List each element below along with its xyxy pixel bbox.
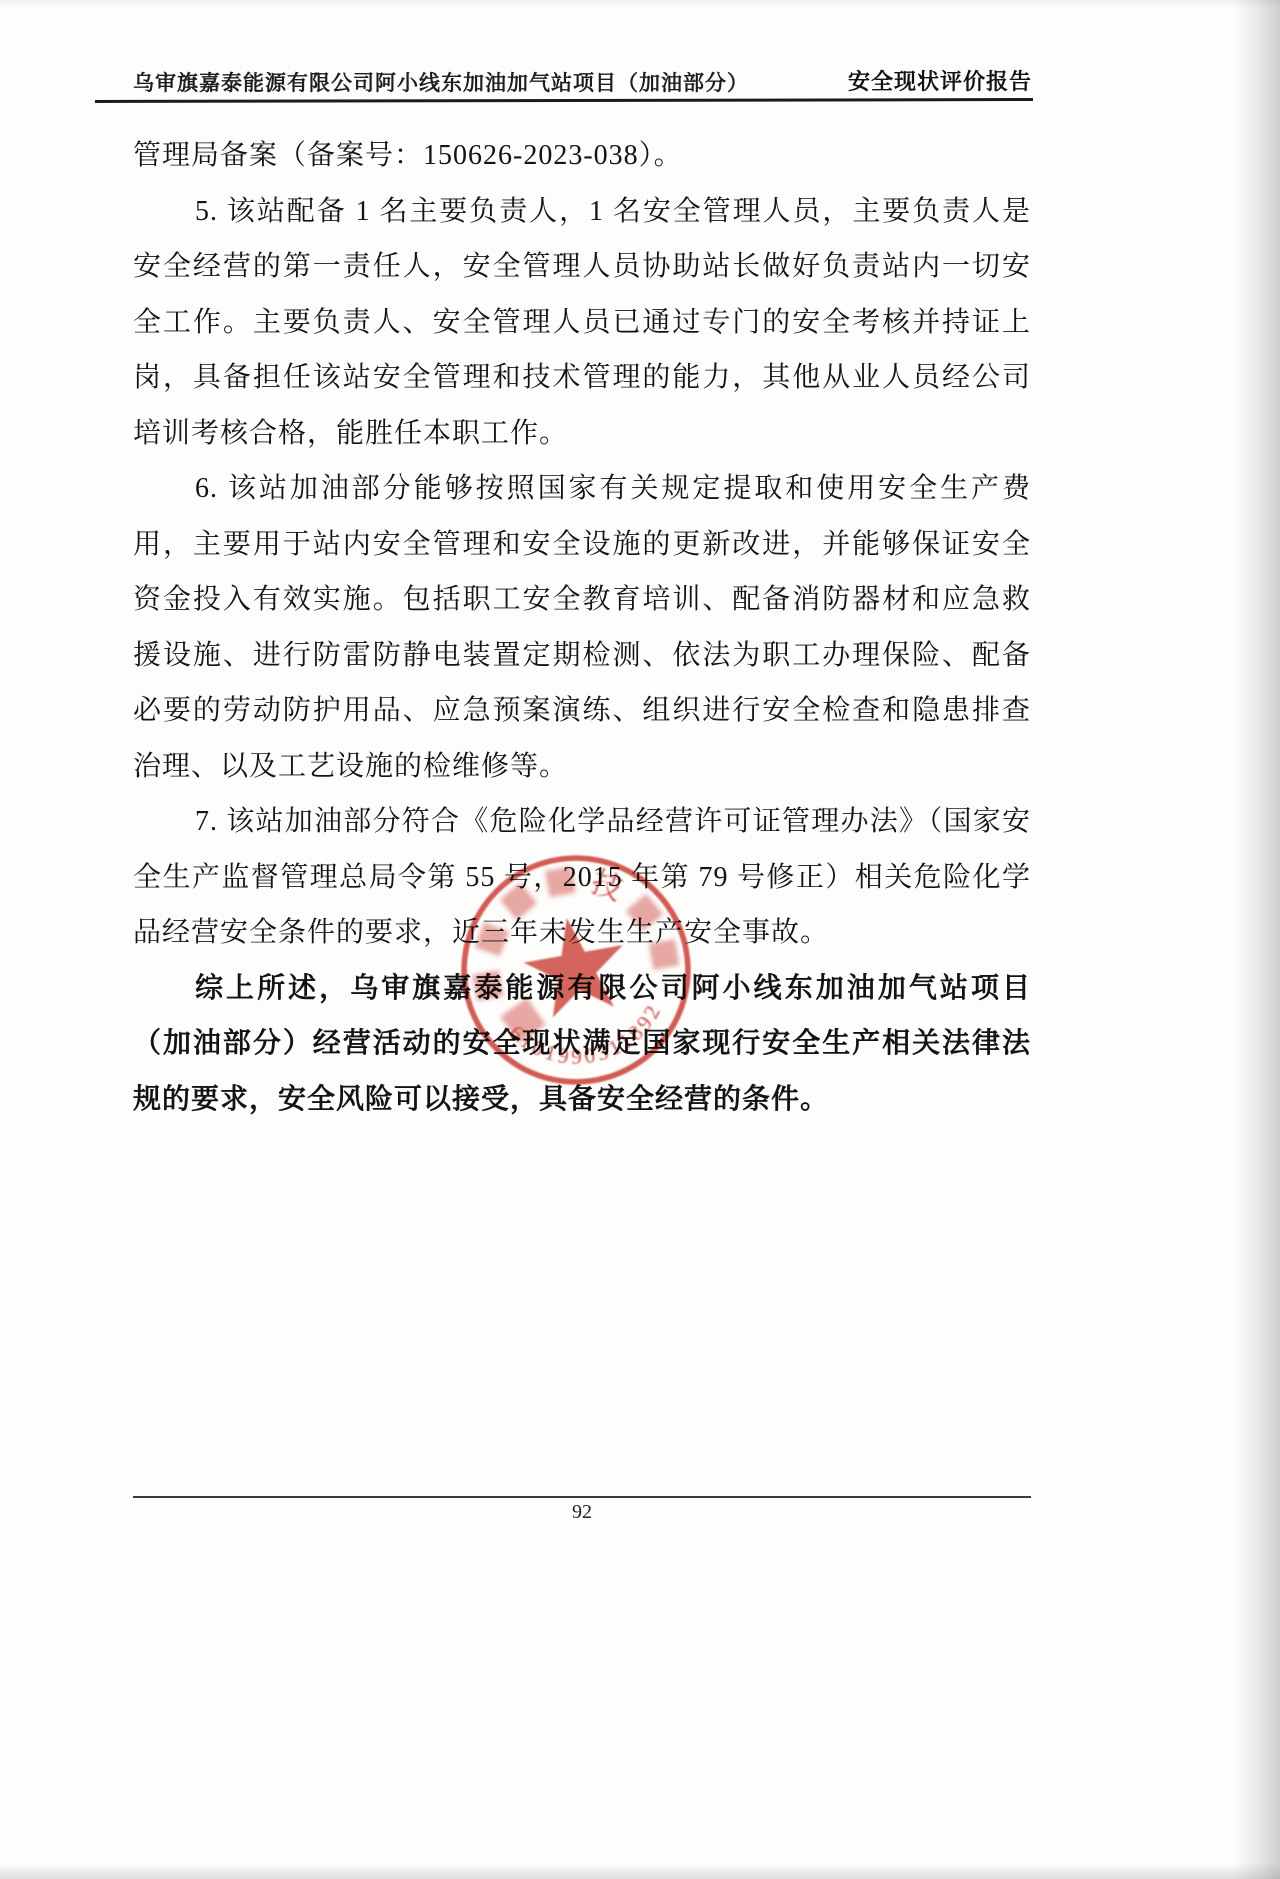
paragraph-item-6: 6. 该站加油部分能够按照国家有关规定提取和使用安全生产费用，主要用于站内安全管…: [133, 461, 1031, 794]
footer-divider: [133, 1496, 1031, 1498]
scan-edge-shadow-bottom: [0, 1863, 1280, 1879]
scan-edge-shadow-right: [1234, 0, 1280, 1879]
scan-edge-shadow-top: [0, 0, 1280, 8]
company-seal-stamp: 技 6101990311892: [437, 831, 715, 1109]
paragraph-item-5: 5. 该站配备 1 名主要负责人，1 名安全管理人员，主要负责人是安全经营的第一…: [133, 184, 1031, 462]
paragraph-continuation: 管理局备案（备案号：150626-2023-038）。: [133, 128, 1031, 184]
document-page: 乌审旗嘉泰能源有限公司阿小线东加油加气站项目（加油部分） 安全现状评价报告 管理…: [0, 0, 1280, 1879]
page-number: 92: [133, 1501, 1031, 1524]
seal-character: 技: [587, 865, 627, 907]
seal-star-icon: [517, 909, 633, 1021]
seal-graphic: 技 6101990311892: [437, 831, 715, 1109]
header-divider: [95, 98, 1033, 103]
header-left-title: 乌审旗嘉泰能源有限公司阿小线东加油加气站项目（加油部分）: [133, 67, 749, 97]
header-right-title: 安全现状评价报告: [848, 65, 1032, 96]
